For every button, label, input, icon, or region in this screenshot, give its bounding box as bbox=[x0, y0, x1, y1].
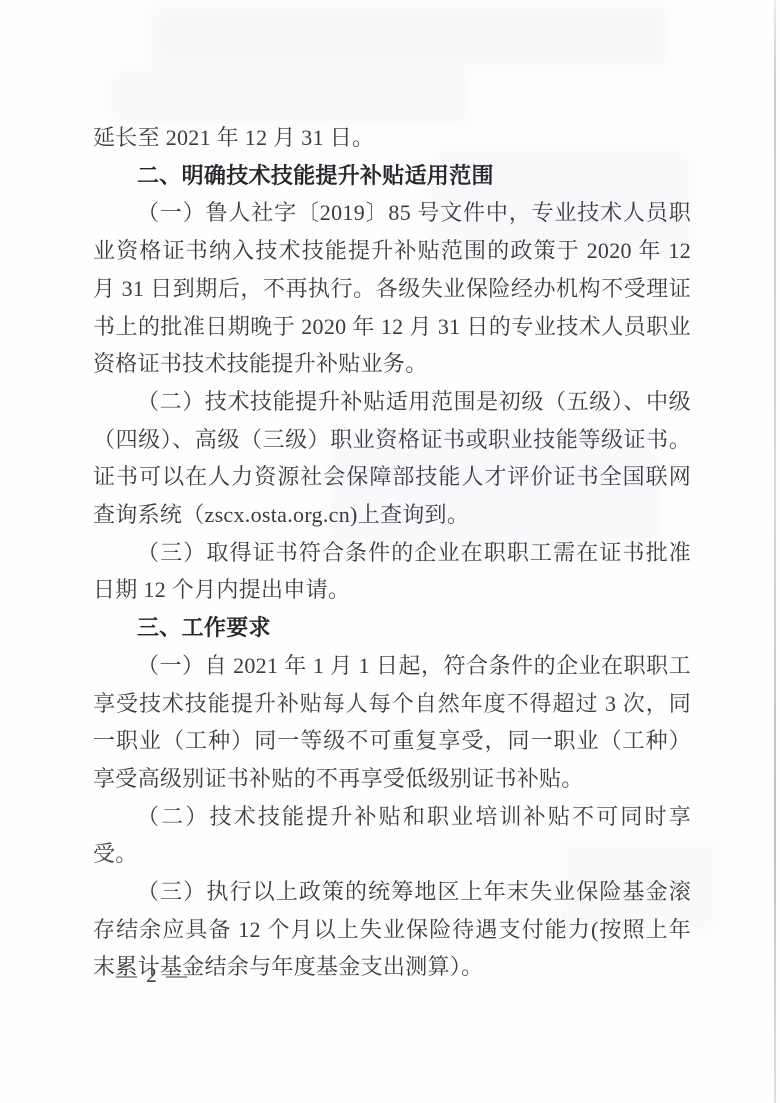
paragraph-section2-item2: （二）技术技能提升补贴适用范围是初级（五级）、中级（四级）、高级（三级）职业资格… bbox=[93, 383, 691, 534]
paragraph-section2-item1: （一）鲁人社字〔2019〕85 号文件中，专业技术人员职业资格证书纳入技术技能提… bbox=[93, 194, 691, 383]
paragraph-continuation: 延长至 2021 年 12 月 31 日。 bbox=[93, 119, 691, 157]
paragraph-section3-item1: （一）自 2021 年 1 月 1 日起，符合条件的企业在职职工享受技术技能提升… bbox=[93, 647, 691, 798]
document-page: 延长至 2021 年 12 月 31 日。 二、明确技术技能提升补贴适用范围 （… bbox=[0, 0, 780, 1103]
section-heading-2: 二、明确技术技能提升补贴适用范围 bbox=[93, 157, 691, 195]
bleedthrough-smudge bbox=[150, 6, 670, 66]
paragraph-section3-item2: （二）技术技能提升补贴和职业培训补贴不可同时享受。 bbox=[93, 798, 691, 873]
page-number: — 2 — bbox=[116, 963, 189, 988]
section-heading-3: 三、工作要求 bbox=[93, 609, 691, 647]
paragraph-section2-item3: （三）取得证书符合条件的企业在职职工需在证书批准日期 12 个月内提出申请。 bbox=[93, 534, 691, 609]
scan-artifact-line bbox=[774, 0, 776, 1103]
document-body: 延长至 2021 年 12 月 31 日。 二、明确技术技能提升补贴适用范围 （… bbox=[93, 119, 691, 986]
bleedthrough-smudge bbox=[110, 70, 470, 125]
